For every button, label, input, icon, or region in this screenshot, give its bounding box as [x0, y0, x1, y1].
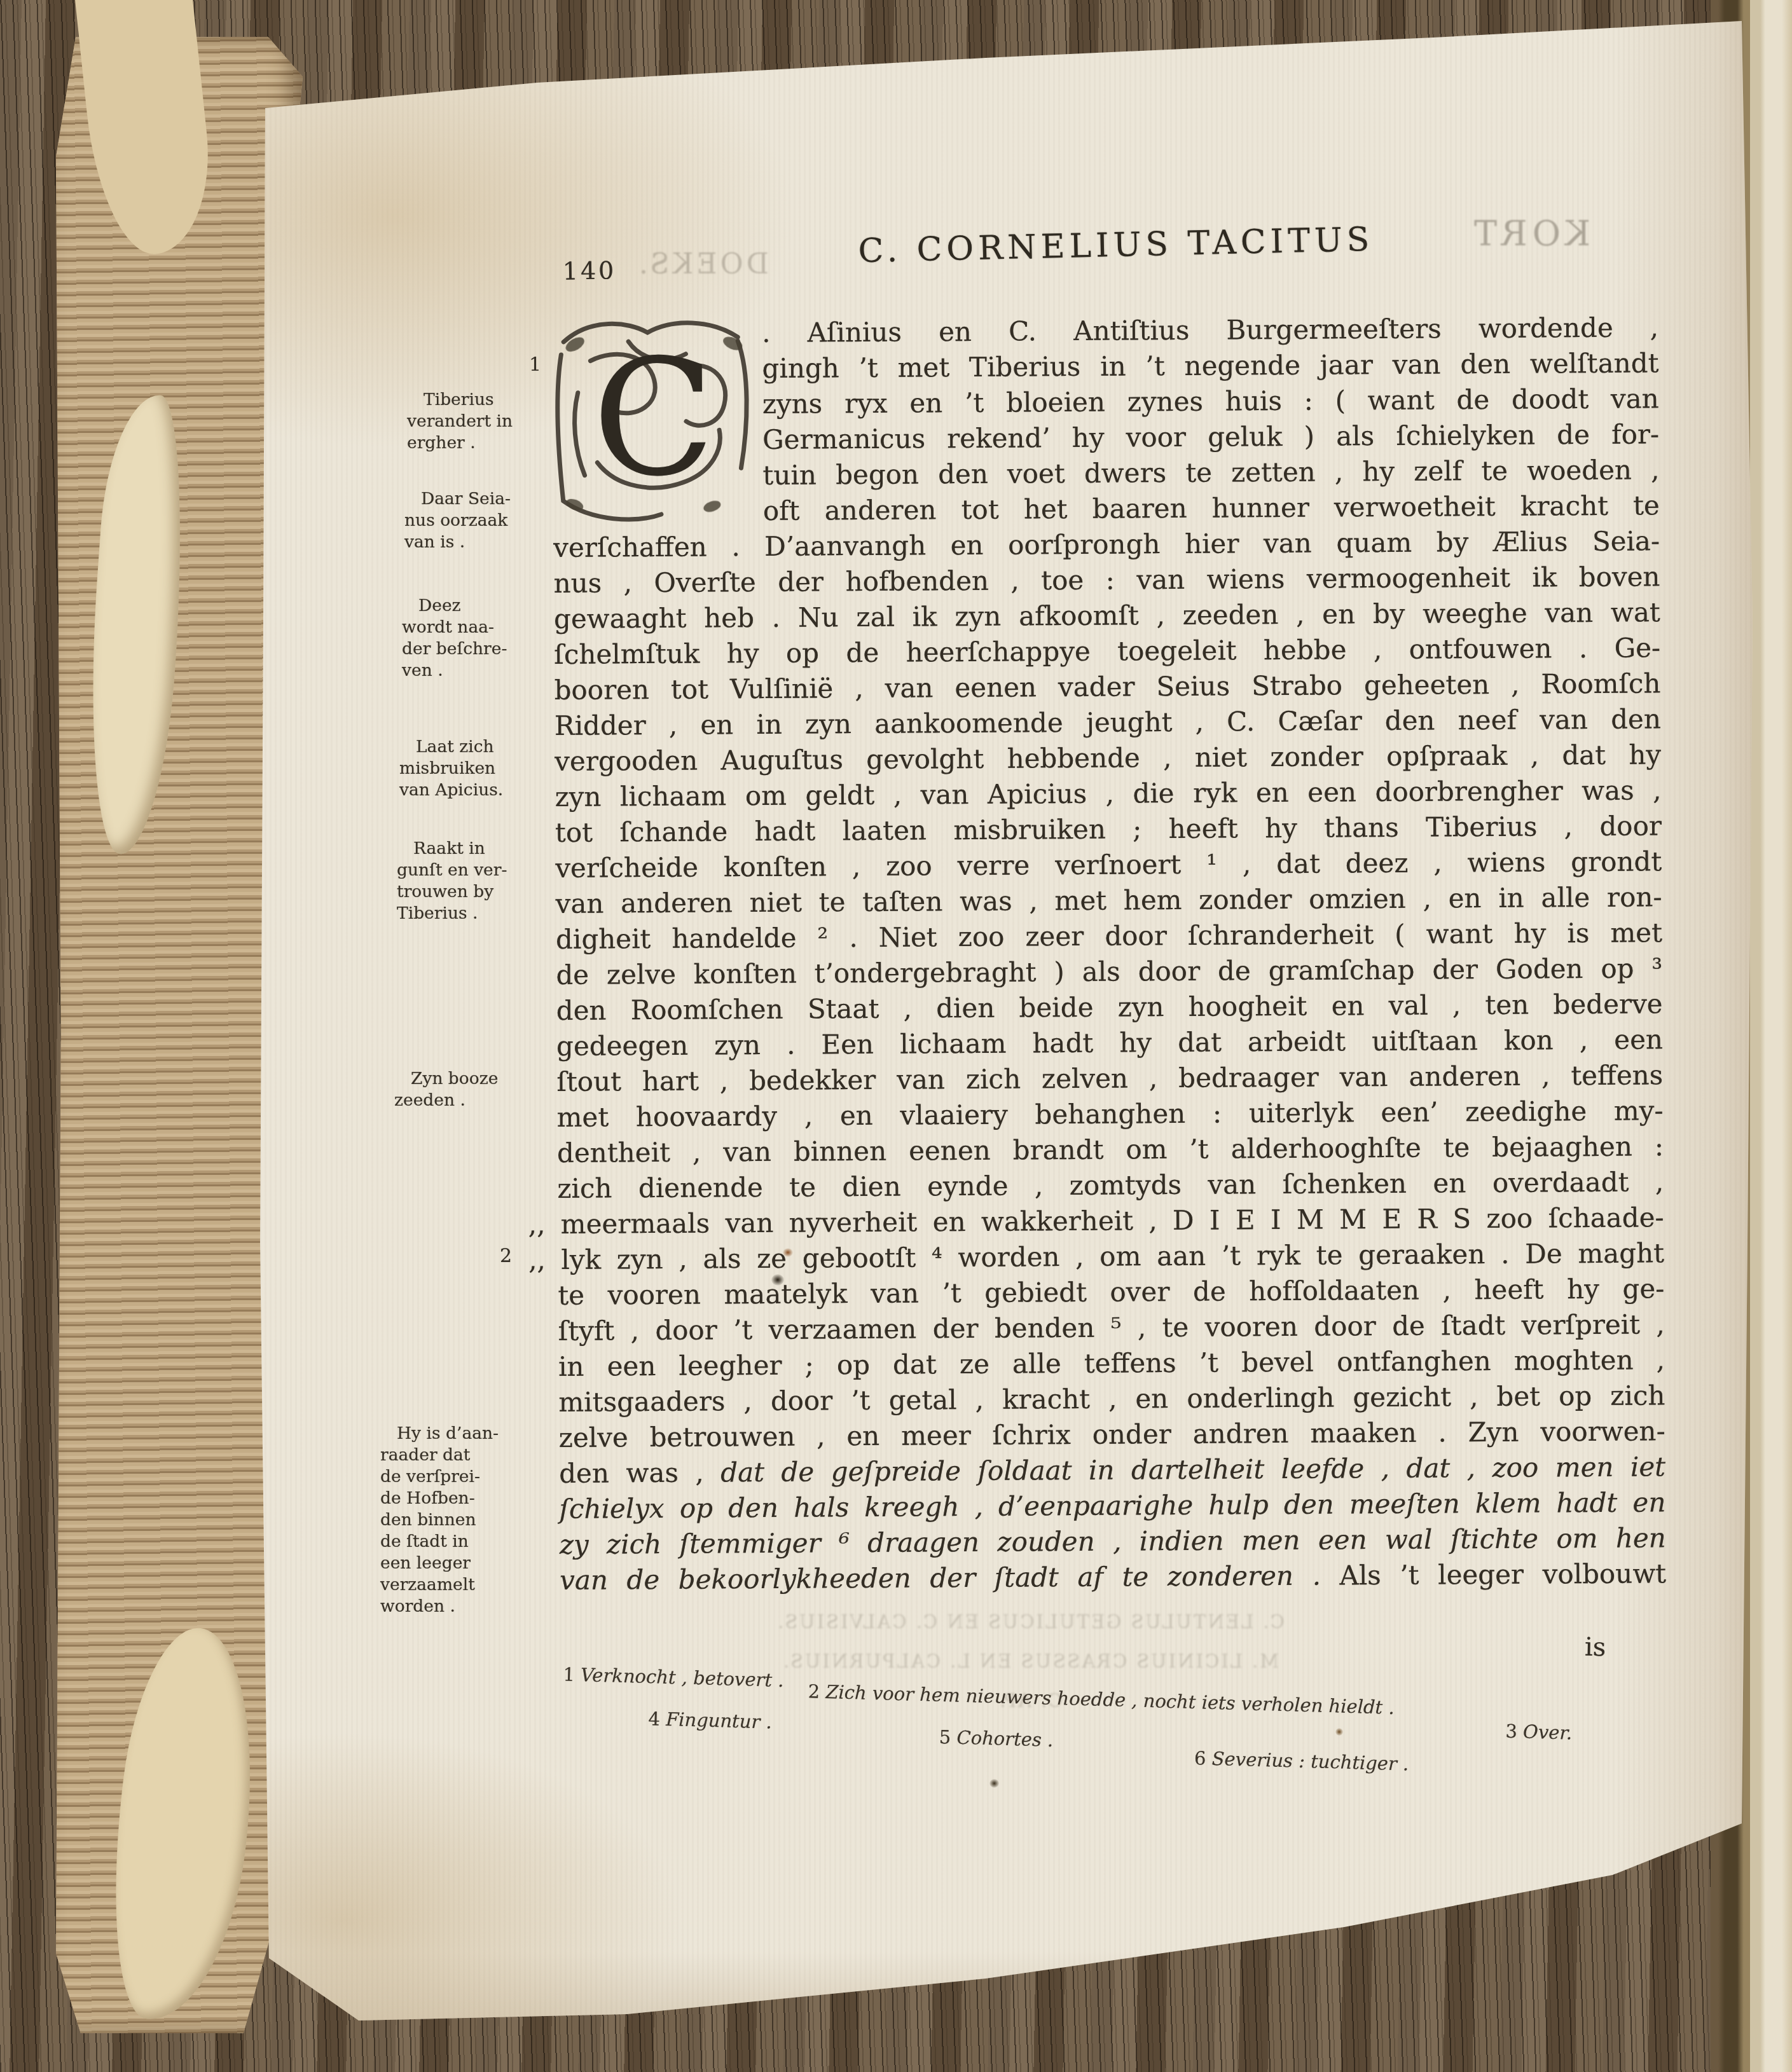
catchword: is [1585, 1633, 1606, 1663]
footnote: 5 Cohortes . [939, 1726, 1053, 1751]
footnote: 4 Finguntur . [648, 1708, 772, 1732]
ink-spot [989, 1779, 999, 1788]
footnote: 1 Verknocht , betovert . [563, 1663, 784, 1691]
drop-cap-letter: C [592, 325, 716, 512]
body-line: van de bekoorlykheeden der ſtadt af te z… [560, 1556, 1666, 1598]
body-lines: C . Aſinius en C. Antiſtius Burgermeeſte… [552, 310, 1666, 1598]
foxing-spot [783, 1248, 793, 1257]
book-photo: DOEKS. KORT C. LENTULUS GETULICUS EN C. … [0, 0, 1792, 2072]
footnote: 2 Zich voor hem nieuwers hoedde , nocht … [808, 1680, 1395, 1719]
footnote: 3 Over. [1505, 1720, 1573, 1744]
footnote: 6 Severius : tuchtiger . [1194, 1747, 1409, 1774]
drop-cap-woodcut: C [552, 315, 755, 526]
foxing-spot [1335, 1728, 1343, 1736]
ink-spot [771, 1274, 784, 1286]
margin-note: Deezwordt naa-der beſchre-ven . [402, 595, 558, 682]
margin-note: Tiberiusverandert inergher . [407, 389, 563, 454]
margin-note: Daar Seia-nus oorzaakvan is . [404, 488, 561, 553]
margin-note: Raakt ingunſt en ver-trouwen byTiberius … [397, 838, 553, 924]
margin-note: Laat zichmisbruikenvan Apicius. [399, 736, 556, 801]
margin-note: Zyn boozezeeden . [394, 1068, 551, 1111]
margin-note: Hy is d’aan-raader datde verſprei-de Hof… [380, 1423, 537, 1617]
page-sheet: DOEKS. KORT C. LENTULUS GETULICUS EN C. … [0, 0, 1792, 2072]
